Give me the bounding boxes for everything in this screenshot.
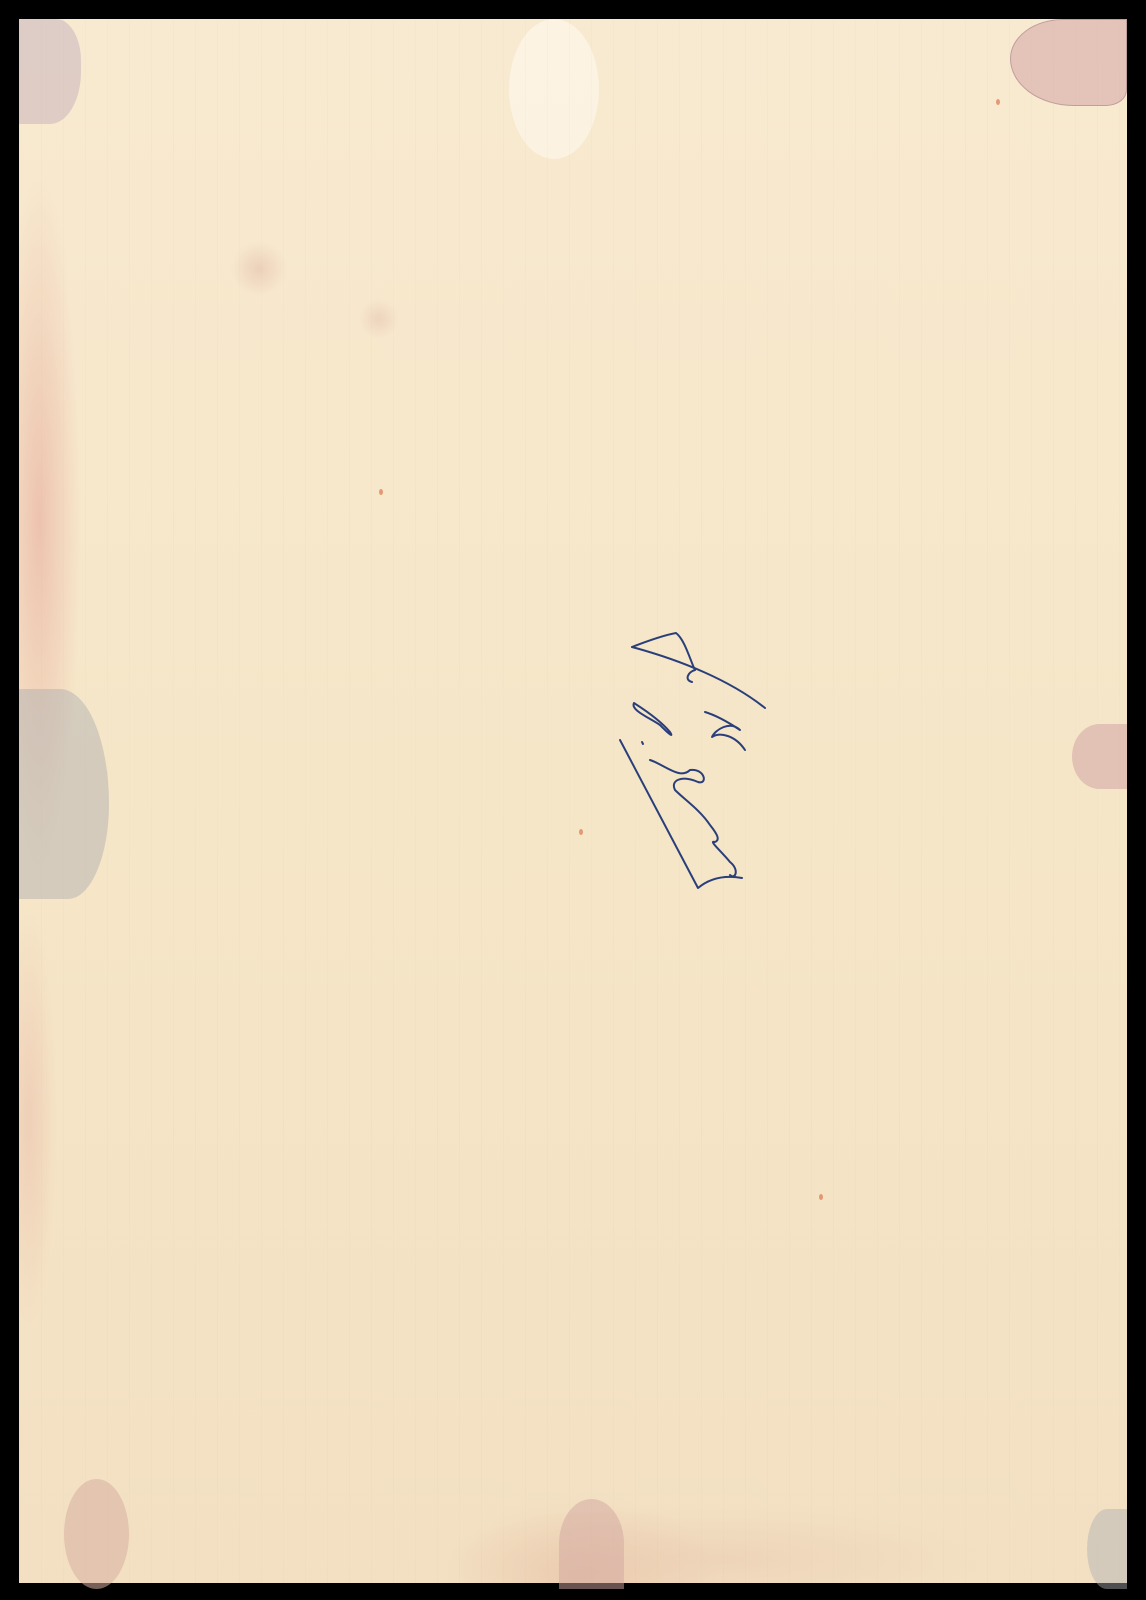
- paper-stain: [19, 689, 109, 899]
- paper-stain: [19, 19, 81, 124]
- handwritten-signature: Foto O. Saleh: [590, 600, 770, 890]
- paper-sheet: [19, 19, 1127, 1583]
- rust-spot: [996, 99, 1000, 105]
- paper-stain: [64, 1479, 129, 1589]
- paper-stain: [1010, 19, 1127, 106]
- paper-stain: [559, 1499, 624, 1589]
- paper-stain: [509, 19, 599, 159]
- rust-spot: [379, 489, 383, 495]
- paper-stain: [1087, 1509, 1127, 1589]
- rust-spot: [819, 1194, 823, 1200]
- paper-stain: [1072, 724, 1127, 789]
- rust-spot: [579, 829, 583, 835]
